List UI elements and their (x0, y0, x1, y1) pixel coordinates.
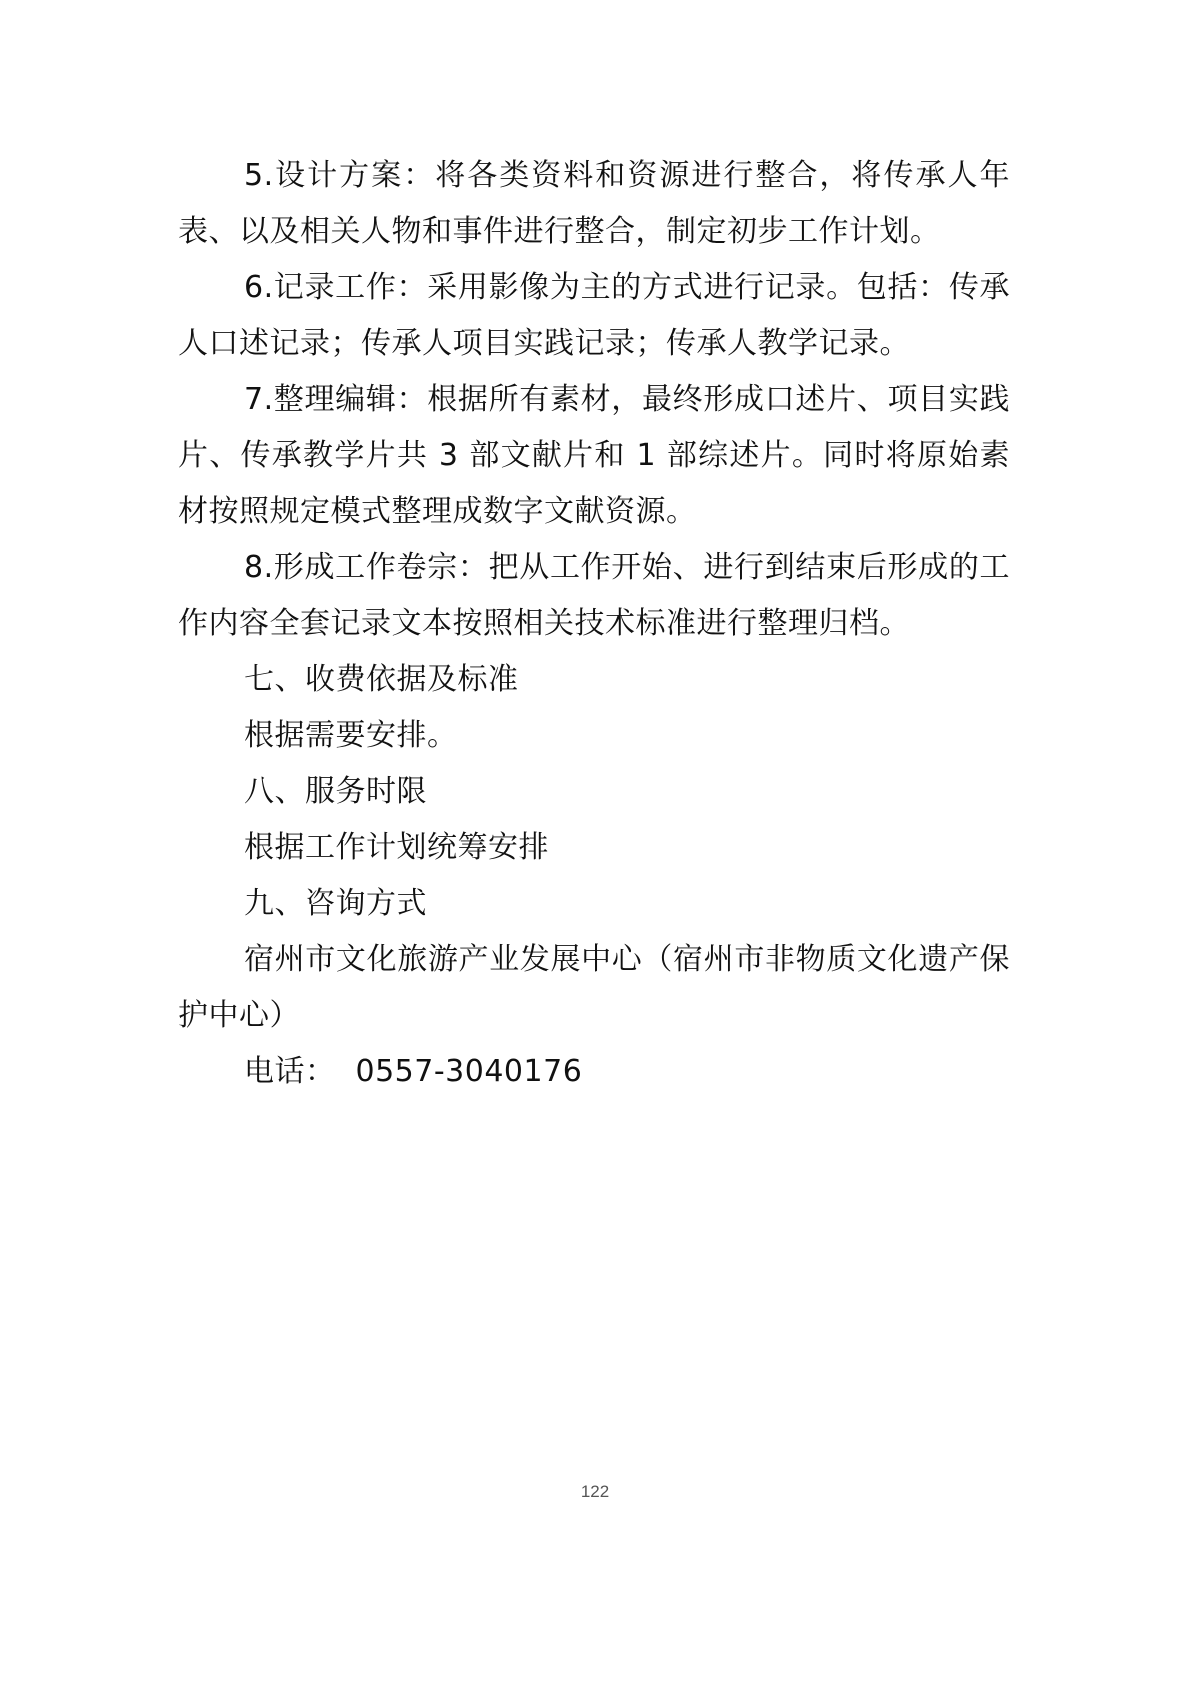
service-time-body: 根据工作计划统筹安排 (178, 820, 1010, 876)
heading-service-time: 八、服务时限 (178, 764, 1010, 820)
fees-body: 根据需要安排。 (178, 708, 1010, 764)
phone-number: 0557-3040176 (356, 1054, 583, 1089)
page-number: 122 (0, 1482, 1190, 1502)
body-text: 5.设计方案：将各类资料和资源进行整合，将传承人年表、以及相关人物和事件进行整合… (178, 148, 1010, 1100)
contact-organization: 宿州市文化旅游产业发展中心（宿州市非物质文化遗产保护中心） (178, 932, 1010, 1044)
document-page: 5.设计方案：将各类资料和资源进行整合，将传承人年表、以及相关人物和事件进行整合… (0, 0, 1190, 1683)
paragraph-recording-work: 6.记录工作：采用影像为主的方式进行记录。包括：传承人口述记录；传承人项目实践记… (178, 260, 1010, 372)
paragraph-design-plan: 5.设计方案：将各类资料和资源进行整合，将传承人年表、以及相关人物和事件进行整合… (178, 148, 1010, 260)
paragraph-archive: 8.形成工作卷宗：把从工作开始、进行到结束后形成的工作内容全套记录文本按照相关技… (178, 540, 1010, 652)
contact-phone: 电话：0557-3040176 (178, 1044, 1010, 1100)
heading-contact: 九、咨询方式 (178, 876, 1010, 932)
heading-fees: 七、收费依据及标准 (178, 652, 1010, 708)
phone-label: 电话： (244, 1054, 336, 1089)
paragraph-editing: 7.整理编辑：根据所有素材，最终形成口述片、项目实践片、传承教学片共 3 部文献… (178, 372, 1010, 540)
